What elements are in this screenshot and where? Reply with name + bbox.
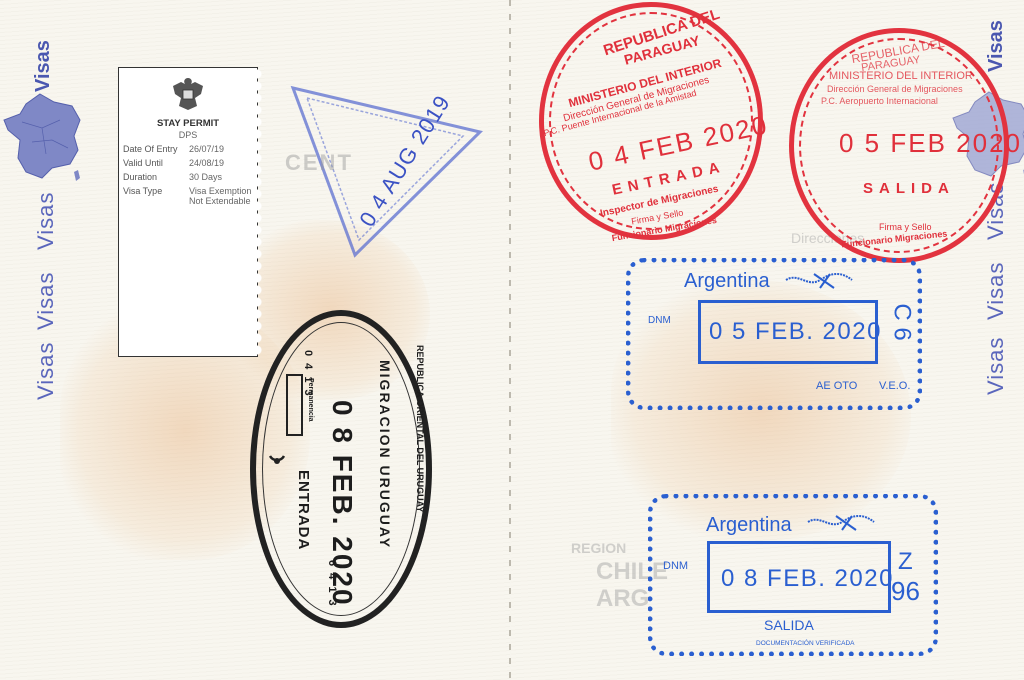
permanence-box (286, 374, 303, 436)
ghost-text: REGION (571, 540, 626, 556)
permit-title: STAY PERMIT (119, 118, 257, 129)
field-label: Date Of Entry (123, 144, 178, 154)
stamp-agency: DNM (663, 560, 688, 572)
stay-permit-sticker: STAY PERMIT DPS Date Of Entry 26/07/19 V… (118, 67, 258, 357)
stamp-agency: DNM (648, 315, 671, 326)
visas-watermark: Visas (33, 192, 59, 250)
field-label: Duration (123, 172, 157, 182)
ghost-text: ARG (596, 585, 649, 613)
garuda-emblem-icon (171, 76, 205, 112)
stamp-code-number: 96 (891, 576, 920, 607)
stamp-footer: V.E.O. (879, 380, 910, 392)
stamp-ghost-text: CENT (285, 150, 353, 176)
stamp-line: MINISTERIO DEL INTERIOR (829, 70, 973, 82)
stamp-footer: AE OTO (816, 380, 857, 392)
smile-logo-icon (268, 448, 286, 470)
stamp-line: P.C. Aeropuerto Internacional (821, 96, 938, 106)
france-map-icon (2, 92, 82, 182)
field-value: Not Extendable (189, 196, 251, 206)
field-value: 30 Days (189, 172, 222, 182)
stamp-code: 0 4 1 3 (302, 350, 314, 398)
field-label: Visa Type (123, 186, 162, 196)
stamp-code-letter: Z (898, 548, 913, 576)
field-value: 24/08/19 (189, 158, 224, 168)
visas-watermark: Visas (33, 342, 59, 400)
stamp-type: ENTRADA (295, 470, 312, 550)
stamp-date: 0 8 FEB. 2020 (721, 565, 894, 593)
stamp-footer: DOCUMENTACIÓN VERIFICADA (756, 640, 854, 647)
stamp-country: Argentina (706, 514, 792, 537)
visas-heading: Visas (32, 40, 55, 92)
stamp-agency: MIGRACION URUGUAY (377, 360, 393, 549)
stamp-code: 6 4 1 3 (326, 560, 338, 608)
visas-heading: Visas (985, 20, 1008, 72)
stamp-issuer: REPUBLICA ORIENTAL DEL URUGUAY (415, 345, 425, 512)
stamp-date: 0 5 FEB. 2020 (709, 318, 882, 346)
wave-emblem-icon (784, 270, 854, 292)
visas-watermark: Visas (983, 337, 1009, 395)
stamp-date: 0 5 FEB 2020 (839, 128, 1022, 159)
right-passport-page: Visas Visas Visas Visas REGION CHILE ARG… (511, 0, 1024, 680)
permit-office: DPS (119, 130, 257, 140)
visas-watermark: Visas (33, 272, 59, 330)
left-passport-page: Visas Visas Visas Visas STAY PERMIT DPS … (0, 0, 510, 680)
stamp-line: Dirección General de Migraciones (827, 84, 963, 94)
visas-side-strip: Visas Visas Visas Visas (0, 0, 60, 420)
stamp-code: C 6 (888, 303, 916, 340)
wave-emblem-icon (806, 512, 876, 534)
field-value: Visa Exemption (189, 186, 251, 196)
stamp-type: SALIDA (863, 180, 955, 197)
field-value: 26/07/19 (189, 144, 224, 154)
field-label: Valid Until (123, 158, 163, 168)
stamp-type: SALIDA (764, 617, 814, 633)
stamp-country: Argentina (684, 270, 770, 293)
visas-watermark: Visas (983, 262, 1009, 320)
